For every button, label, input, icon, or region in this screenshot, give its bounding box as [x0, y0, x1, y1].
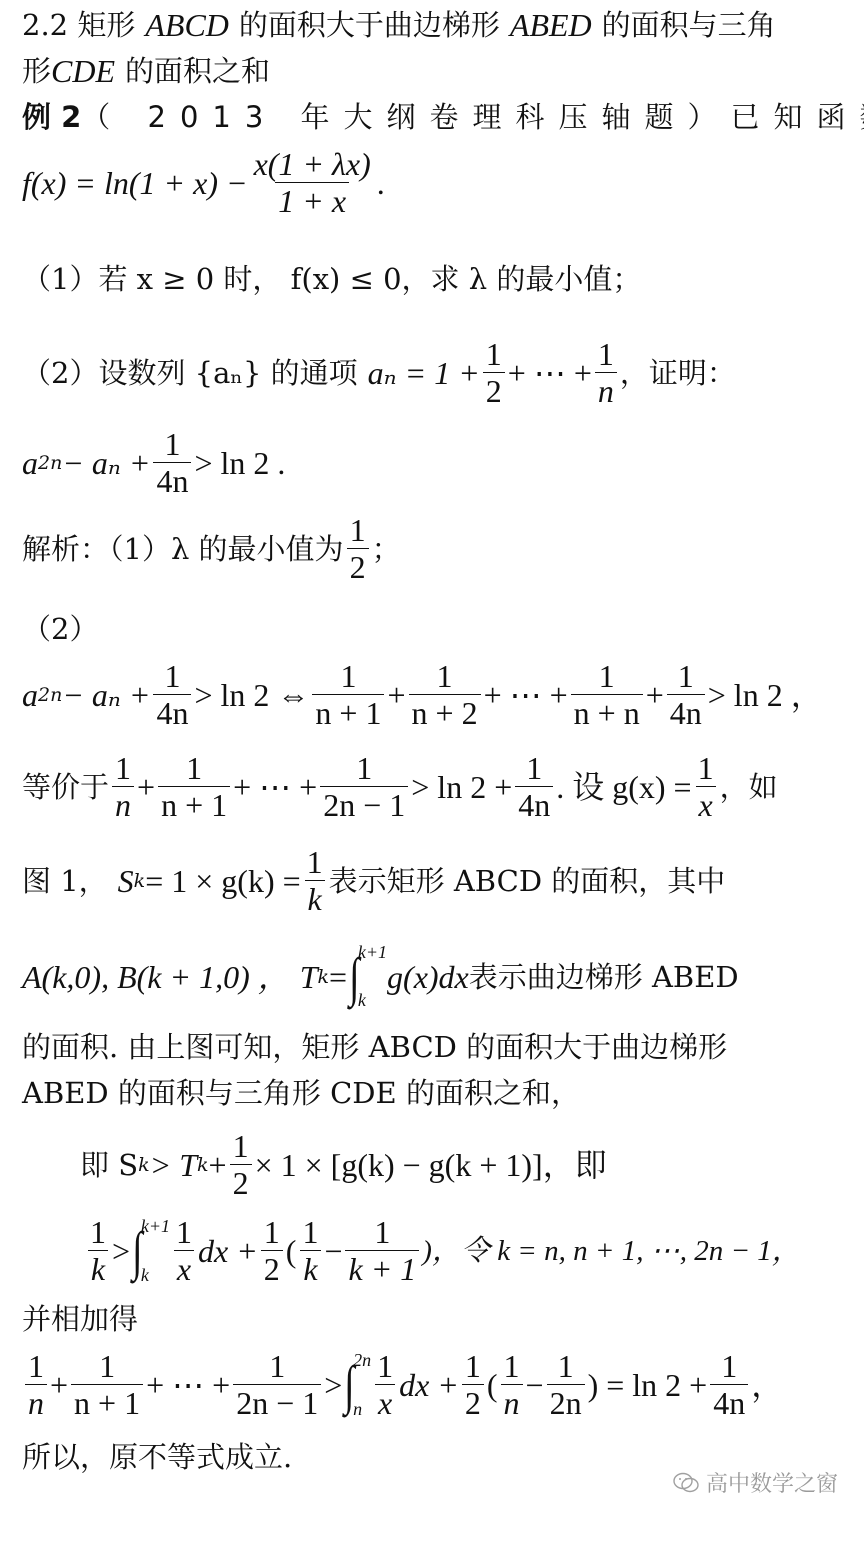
numerator: 1 — [173, 1216, 195, 1250]
part2-label: （2） — [22, 612, 98, 647]
numerator: 1 — [87, 1216, 109, 1250]
denominator: n — [25, 1384, 47, 1421]
numerator: 1 — [337, 660, 359, 694]
fraction: 1x — [695, 752, 717, 822]
upper-limit: 2n — [353, 1350, 371, 1372]
integral-icon: ∫ — [132, 1224, 142, 1278]
solution-part2-label: （2） — [22, 612, 840, 647]
gt: > — [112, 1232, 130, 1270]
plus: + — [646, 676, 664, 714]
watermark: 高中数学之窗 — [672, 1467, 838, 1498]
denominator: n — [112, 786, 134, 823]
text: ，如 — [720, 770, 778, 805]
numerator: 1 — [371, 1216, 393, 1250]
lower-limit: k — [358, 990, 387, 1012]
minus: − — [526, 1366, 544, 1404]
integral-icon: ∫ — [349, 950, 359, 1004]
fraction: 1k — [87, 1216, 109, 1286]
denominator: 4n — [153, 462, 191, 499]
text-line-3: 并相加得 — [22, 1302, 840, 1337]
numerator: 1 — [299, 1216, 321, 1250]
rhs: > ln 2 . — [194, 444, 285, 482]
denominator: 2 — [230, 1164, 252, 1201]
fraction: 1n — [501, 1350, 523, 1420]
dots: + ⋯ + — [484, 676, 568, 714]
fraction: 1k + 1 — [345, 1216, 419, 1286]
text: 表示矩形 ABCD 的面积，其中 — [329, 864, 726, 899]
denominator: 4n — [515, 786, 553, 823]
mid: > ln 2 + — [411, 768, 512, 806]
rest: )，令 k = n, n + 1, ⋯, 2n − 1， — [422, 1234, 801, 1269]
numerator: 1 — [183, 752, 205, 786]
text: 表示曲边梯形 ABED — [469, 960, 739, 995]
example-label: 例 2 — [22, 100, 81, 135]
subscript: k — [197, 1154, 209, 1177]
text: ABED 的面积与三角形 CDE 的面积之和， — [22, 1076, 580, 1111]
fraction: 1n — [112, 752, 134, 822]
denominator: x — [696, 786, 716, 823]
wechat-icon — [672, 1471, 700, 1495]
integral-icon: ∫ — [345, 1358, 355, 1412]
denominator: n + n — [571, 694, 643, 731]
plus: + — [50, 1366, 68, 1404]
fraction: 1n + 1 — [312, 660, 384, 730]
integral: ∫k+1k — [130, 1216, 170, 1286]
numerator: 1 — [434, 660, 456, 694]
numerator: 1 — [353, 752, 375, 786]
fraction: 1x — [173, 1216, 195, 1286]
lower-limit: n — [353, 1399, 371, 1421]
fraction: 14n — [667, 660, 705, 730]
text: 并相加得 — [22, 1302, 138, 1337]
denominator: 1 + x — [275, 182, 349, 219]
plus: + — [209, 1146, 227, 1184]
a-term: a — [22, 676, 38, 714]
text: 即 S — [80, 1148, 138, 1183]
denominator: 2n − 1 — [320, 786, 408, 823]
numerator: 1 — [596, 660, 618, 694]
denominator: n + 1 — [312, 694, 384, 731]
denominator: k — [88, 1250, 108, 1287]
heading-text: 的面积大于曲边梯形 — [239, 8, 500, 43]
numerator: 1 — [112, 752, 134, 786]
denominator: 2 — [347, 548, 369, 585]
numerator: 1 — [347, 514, 369, 548]
a-term: a — [22, 444, 38, 482]
paren: ( — [286, 1232, 297, 1270]
text: 的面积. 由上图可知，矩形 ABCD 的面积大于曲边梯形 — [22, 1030, 727, 1065]
denominator: 4n — [153, 694, 191, 731]
numerator: 1 — [304, 846, 326, 880]
heading-abed: ABED — [510, 6, 592, 44]
subscript: 2n — [38, 452, 62, 475]
denominator: n + 2 — [409, 694, 481, 731]
points: A(k,0), B(k + 1,0) ， — [22, 958, 290, 996]
heading-text: 2.2 矩形 — [22, 8, 135, 43]
denominator: k — [305, 880, 325, 917]
fraction: x(1 + λx)1 + x — [251, 148, 374, 218]
section-heading-line2: 形 CDE 的面积之和 — [22, 52, 840, 90]
t-term: T — [300, 958, 318, 996]
upper-limit: k+1 — [358, 942, 387, 964]
term: − aₙ + — [62, 676, 150, 714]
set-g: . 设 g(x) = — [556, 768, 691, 806]
text: 等价于 — [22, 770, 109, 805]
subscript: k — [318, 966, 330, 989]
iff: > ln 2 ⇔ — [194, 676, 309, 714]
lower-limit: k — [141, 1265, 170, 1287]
integral: ∫k+1k — [347, 942, 387, 1012]
denominator: 2 — [462, 1384, 484, 1421]
heading-abcd: ABCD — [145, 6, 229, 44]
numerator: 1 — [161, 660, 183, 694]
equation-5: 即 Sk > Tk + 12 × 1 × [g(k) − g(k + 1)]，即 — [80, 1130, 840, 1200]
text: 图 1， — [22, 864, 108, 899]
gt: > — [324, 1366, 342, 1404]
fraction: 12 — [347, 514, 369, 584]
rest: × 1 × [g(k) − g(k + 1)]，即 — [255, 1146, 607, 1184]
watermark-text: 高中数学之窗 — [706, 1467, 838, 1498]
solution-part1: 解析：（1）λ 的最小值为 12 ； — [22, 514, 840, 584]
integral: ∫2nn — [342, 1350, 371, 1420]
numerator: 1 — [483, 338, 505, 372]
dots: + ⋯ + — [146, 1366, 230, 1404]
denominator: 4n — [710, 1384, 748, 1421]
term: − aₙ + — [62, 444, 150, 482]
example-title: 例 2 （ 2013 年大纲卷理科压轴题）已知函数 — [22, 100, 840, 135]
part1-question: （1）若 x ≥ 0 时， f(x) ≤ 0，求 λ 的最小值； — [22, 262, 840, 297]
function-lhs: f(x) = ln(1 + x) − — [22, 164, 248, 202]
plus: + — [387, 676, 405, 714]
denominator: k — [300, 1250, 320, 1287]
integrand: g(x)dx — [387, 958, 469, 996]
heading-text: 的面积与三角 — [602, 8, 776, 43]
equation-4: A(k,0), B(k + 1,0) ， Tk = ∫k+1k g(x)dx 表… — [22, 942, 840, 1012]
fraction: 14n — [515, 752, 553, 822]
numerator: x(1 + λx) — [251, 148, 374, 182]
denominator: 2 — [483, 372, 505, 409]
example-source: （ 2013 年大纲卷理科压轴题）已知函数 — [81, 100, 864, 135]
heading-text: 的面积之和 — [125, 54, 270, 89]
denominator: k + 1 — [345, 1250, 419, 1287]
dx: dx + — [198, 1232, 258, 1270]
numerator: 1 — [675, 660, 697, 694]
denominator: 4n — [667, 694, 705, 731]
part1-text: （1）若 x ≥ 0 时， f(x) ≤ 0，求 λ 的最小值； — [22, 262, 641, 297]
denominator: n + 1 — [158, 786, 230, 823]
fraction: 1n + 2 — [409, 660, 481, 730]
fraction: 12 — [462, 1350, 484, 1420]
fraction: 1n — [595, 338, 617, 408]
punct: ， — [751, 1366, 783, 1404]
an-def: aₙ = 1 + — [368, 354, 480, 392]
fraction: 1n + 1 — [71, 1350, 143, 1420]
numerator: 1 — [230, 1130, 252, 1164]
fraction: 1k — [304, 846, 326, 916]
numerator: 1 — [695, 752, 717, 786]
denominator: n — [595, 372, 617, 409]
dx: dx + — [399, 1366, 459, 1404]
part2-text: （2）设数列 {aₙ} 的通项 — [22, 356, 358, 391]
section-heading-line1: 2.2 矩形 ABCD 的面积大于曲边梯形 ABED 的面积与三角 — [22, 6, 840, 44]
fraction: 12n − 1 — [320, 752, 408, 822]
minus: − — [324, 1232, 342, 1270]
equals: = — [329, 958, 347, 996]
numerator: 1 — [595, 338, 617, 372]
part2-inequality: a2n − aₙ + 14n > ln 2 . — [22, 428, 840, 498]
heading-text: 形 — [22, 54, 51, 89]
s-term: S — [118, 862, 134, 900]
denominator: n + 1 — [71, 1384, 143, 1421]
fraction: 12n − 1 — [233, 1350, 321, 1420]
equation-7: 1n + 1n + 1 + ⋯ + 12n − 1 > ∫2nn 1x dx +… — [22, 1350, 840, 1420]
subscript: 2n — [38, 684, 62, 707]
part2-question: （2）设数列 {aₙ} 的通项 aₙ = 1 + 12 + ⋯ + 1n ，证明… — [22, 338, 840, 408]
equation-2: 等价于 1n + 1n + 1 + ⋯ + 12n − 1 > ln 2 + 1… — [22, 752, 840, 822]
heading-cde: CDE — [51, 52, 115, 90]
denominator: x — [174, 1250, 194, 1287]
fraction: 1n — [25, 1350, 47, 1420]
fraction: 1k — [299, 1216, 321, 1286]
function-definition: f(x) = ln(1 + x) − x(1 + λx)1 + x . — [22, 148, 840, 218]
numerator: 1 — [718, 1350, 740, 1384]
equation-1: a2n − aₙ + 14n > ln 2 ⇔ 1n + 1 + 1n + 2 … — [22, 660, 840, 730]
mid: = 1 × g(k) = — [145, 862, 300, 900]
part2-suffix: ，证明： — [620, 356, 736, 391]
fraction: 14n — [710, 1350, 748, 1420]
equation-6: 1k > ∫k+1k 1x dx + 12 ( 1k − 1k + 1 )，令 … — [84, 1216, 840, 1286]
fraction: 12n — [547, 1350, 585, 1420]
solution-label: 解析：（1）λ 的最小值为 — [22, 532, 344, 567]
fraction: 1n + n — [571, 660, 643, 730]
numerator: 1 — [25, 1350, 47, 1384]
denominator: x — [375, 1384, 395, 1421]
paren: ( — [487, 1366, 498, 1404]
subscript: k — [134, 870, 146, 893]
gt: > T — [150, 1146, 197, 1184]
upper-limit: k+1 — [141, 1216, 170, 1238]
numerator: 1 — [374, 1350, 396, 1384]
equals: ) = ln 2 + — [588, 1366, 708, 1404]
subscript: k — [138, 1154, 150, 1177]
numerator: 1 — [555, 1350, 577, 1384]
numerator: 1 — [523, 752, 545, 786]
dots: + ⋯ + — [233, 768, 317, 806]
denominator: 2n − 1 — [233, 1384, 321, 1421]
denominator: 2n — [547, 1384, 585, 1421]
numerator: 1 — [261, 1216, 283, 1250]
dots: + ⋯ + — [508, 354, 592, 392]
numerator: 1 — [266, 1350, 288, 1384]
fraction: 12 — [483, 338, 505, 408]
fraction: 12 — [261, 1216, 283, 1286]
fraction: 14n — [153, 660, 191, 730]
rhs: > ln 2 ， — [708, 676, 823, 714]
fraction: 12 — [230, 1130, 252, 1200]
numerator: 1 — [96, 1350, 118, 1384]
text-line-1: 的面积. 由上图可知，矩形 ABCD 的面积大于曲边梯形 — [22, 1030, 840, 1065]
conclusion-text: 所以，原不等式成立. — [22, 1440, 292, 1475]
equation-3: 图 1， Sk = 1 × g(k) = 1k 表示矩形 ABCD 的面积，其中 — [22, 846, 840, 916]
numerator: 1 — [161, 428, 183, 462]
denominator: n — [501, 1384, 523, 1421]
fraction: 1x — [374, 1350, 396, 1420]
denominator: 2 — [261, 1250, 283, 1287]
numerator: 1 — [462, 1350, 484, 1384]
fraction: 1n + 1 — [158, 752, 230, 822]
punct: ； — [372, 532, 401, 567]
text-line-2: ABED 的面积与三角形 CDE 的面积之和， — [22, 1076, 840, 1111]
punct: . — [377, 164, 385, 202]
fraction: 14n — [153, 428, 191, 498]
numerator: 1 — [501, 1350, 523, 1384]
